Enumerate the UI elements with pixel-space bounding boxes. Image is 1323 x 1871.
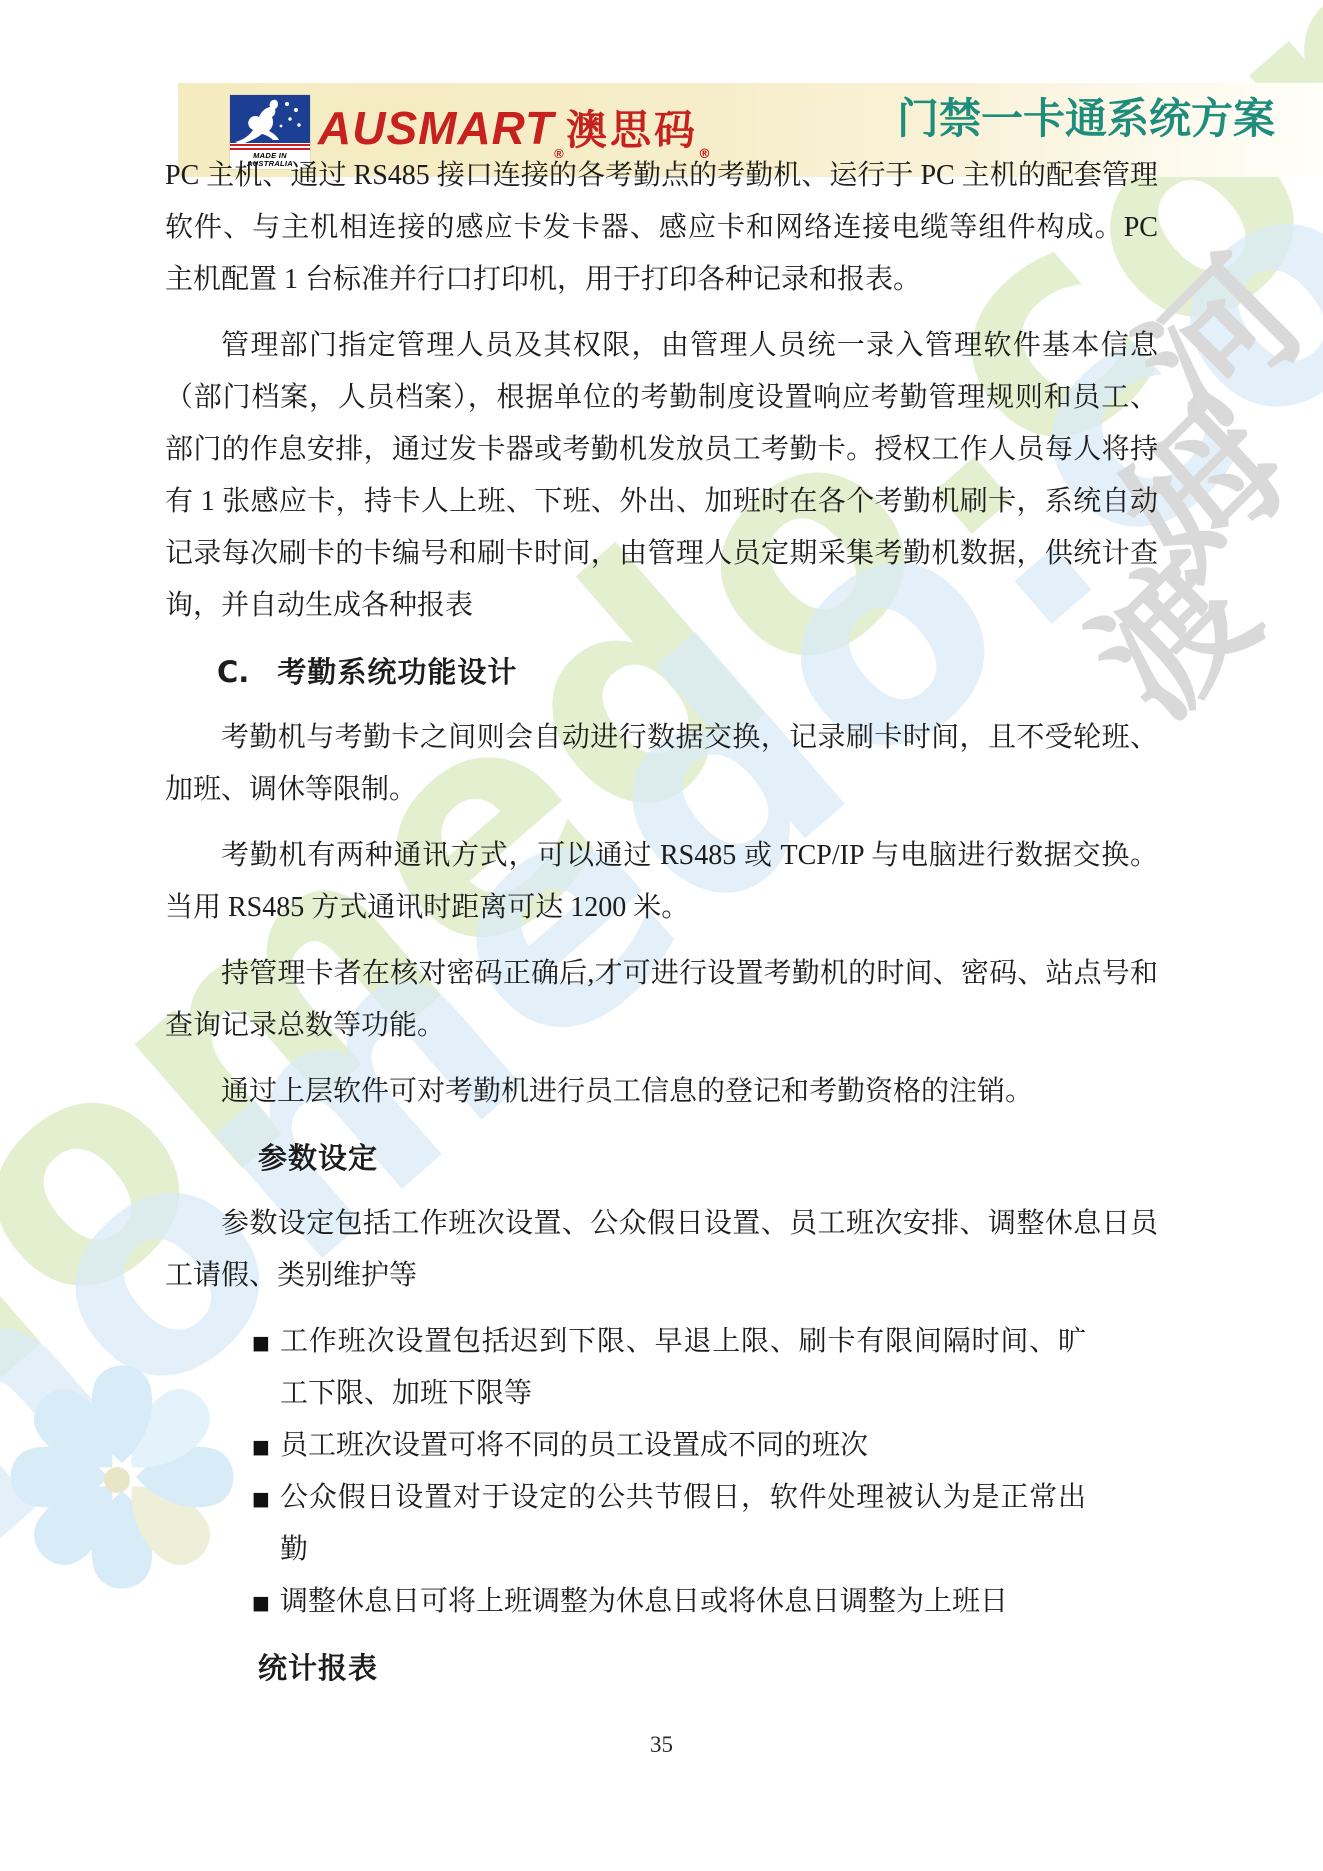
- list-item: ■ 公众假日设置对于设定的公共节假日，软件处理被认为是正常出勤: [165, 1472, 1158, 1576]
- brand-latin-text: AUSMART: [318, 102, 554, 154]
- paragraph: PC 主机、通过 RS485 接口连接的各考勤点的考勤机、运行于 PC 主机的配…: [165, 150, 1158, 306]
- section-heading-title: 考勤系统功能设计: [277, 655, 517, 689]
- paragraph: 管理部门指定管理人员及其权限，由管理人员统一录入管理软件基本信息（部门档案，人员…: [165, 320, 1158, 632]
- doc-title: 门禁一卡通系统方案: [897, 97, 1275, 143]
- bullet-square-icon: ■: [252, 1577, 270, 1629]
- list-item: ■ 工作班次设置包括迟到下限、早退上限、刷卡有限间隔时间、旷工下限、加班下限等: [165, 1316, 1158, 1420]
- paragraph: 通过上层软件可对考勤机进行员工信息的登记和考勤资格的注销。: [165, 1066, 1158, 1118]
- document-page: homedo.com homedo.com 河 姆 渡: [0, 0, 1323, 1871]
- sub-heading-params: 参数设定: [165, 1132, 1158, 1184]
- document-body: PC 主机、通过 RS485 接口连接的各考勤点的考勤机、运行于 PC 主机的配…: [165, 150, 1158, 1708]
- paragraph: 考勤机与考勤卡之间则会自动进行数据交换，记录刷卡时间，且不受轮班、加班、调休等限…: [165, 712, 1158, 816]
- list-item-text: 工作班次设置包括迟到下限、早退上限、刷卡有限间隔时间、旷工下限、加班下限等: [280, 1326, 1086, 1409]
- list-item: ■ 调整休息日可将上班调整为休息日或将休息日调整为上班日: [165, 1576, 1158, 1628]
- page-number: 35: [0, 1730, 1323, 1760]
- section-heading-label: C.: [217, 655, 249, 689]
- sub-heading-stats: 统计报表: [165, 1642, 1158, 1694]
- kangaroo-icon: [230, 95, 310, 143]
- section-heading-c: C. 考勤系统功能设计: [165, 646, 1158, 698]
- list-item-text: 员工班次设置可将不同的员工设置成不同的班次: [280, 1430, 868, 1461]
- paragraph: 参数设定包括工作班次设置、公众假日设置、员工班次安排、调整休息日员工请假、类别维…: [165, 1198, 1158, 1302]
- bullet-square-icon: ■: [252, 1473, 270, 1525]
- bullet-square-icon: ■: [252, 1317, 270, 1369]
- list-item-text: 公众假日设置对于设定的公共节假日，软件处理被认为是正常出勤: [280, 1482, 1086, 1565]
- bullet-square-icon: ■: [252, 1421, 270, 1473]
- bullet-list: ■ 工作班次设置包括迟到下限、早退上限、刷卡有限间隔时间、旷工下限、加班下限等 …: [165, 1316, 1158, 1628]
- list-item: ■ 员工班次设置可将不同的员工设置成不同的班次: [165, 1420, 1158, 1472]
- paragraph: 考勤机有两种通讯方式，可以通过 RS485 或 TCP/IP 与电脑进行数据交换…: [165, 830, 1158, 934]
- paragraph: 持管理卡者在核对密码正确后,才可进行设置考勤机的时间、密码、站点号和查询记录总数…: [165, 948, 1158, 1052]
- list-item-text: 调整休息日可将上班调整为休息日或将休息日调整为上班日: [280, 1586, 1008, 1617]
- brand-cn-text: 澳思码: [566, 106, 698, 154]
